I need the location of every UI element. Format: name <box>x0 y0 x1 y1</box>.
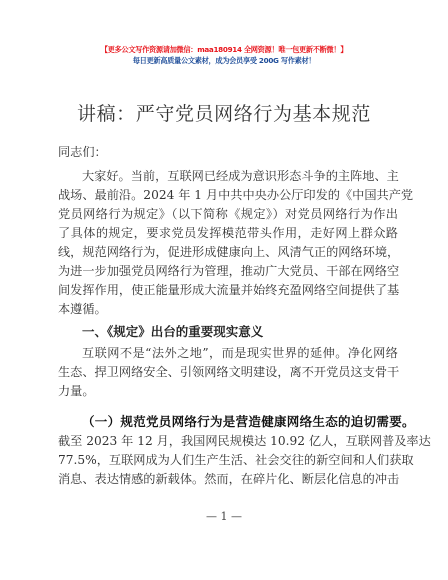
paragraph-line: 党员网络行为规定》（以下简称《规定》）对党员网络行为作出 <box>58 205 398 223</box>
promo-banner-line-2: 每日更新高质量公文素材，成为会员享受 200G 写作素材！ <box>0 56 448 66</box>
paragraph-line: 消息、表达情感的新载体。然而，在碎片化、断层化信息的冲击 <box>58 470 398 488</box>
paragraph-line: 截至 2023 年 12 月，我国网民规模达 10.92 亿人，互联网普及率达 <box>58 432 398 450</box>
paragraph-line: 大家好。当前，互联网已经成为意识形态斗争的主阵地、主 <box>58 167 398 185</box>
paragraph-line: 互联网不是“法外之地”，而是现实世界的延伸。净化网络 <box>58 344 398 362</box>
promo-banner-line-1: 【更多公文写作资源请加微信：maa180914 全网资源！唯一包更新不断微！】 <box>0 45 448 55</box>
page-number: — 1 — <box>0 510 448 523</box>
paragraph-line: 线，规范网络行为，促进形成健康向上、风清气正的网络环境， <box>58 243 398 261</box>
section-heading: 一、《规定》出台的重要现实意义 <box>82 322 263 340</box>
document-title: 讲稿：严守党员网络行为基本规范 <box>0 99 448 126</box>
paragraph-line: 为进一步加强党员网络行为管理，推动广大党员、干部在网络空 <box>58 262 398 280</box>
paragraph-line: 本遵循。 <box>58 300 398 318</box>
paragraph-line: 战场、最前沿。2024 年 1 月中共中央办公厅印发的《中国共产党 <box>58 186 398 204</box>
paragraph-line: 了具体的规定，要求党员发挥模范带头作用，走好网上群众路 <box>58 224 398 242</box>
paragraph-line: 77.5%，互联网成为人们生产生活、社会交往的新空间和人们获取 <box>58 451 398 469</box>
subsection-heading: （一）规范党员网络行为是营造健康网络生态的迫切需要。 <box>82 412 415 430</box>
salutation: 同志们： <box>58 143 398 161</box>
document-page: 【更多公文写作资源请加微信：maa180914 全网资源！唯一包更新不断微！】 … <box>0 0 448 580</box>
paragraph-line: 间发挥作用，使正能量形成大流量并始终充盈网络空间提供了基 <box>58 281 398 299</box>
paragraph-line: 生态、捍卫网络安全、引领网络文明建设，离不开党员这支骨干 <box>58 363 398 381</box>
paragraph-line: 力量。 <box>58 382 398 400</box>
